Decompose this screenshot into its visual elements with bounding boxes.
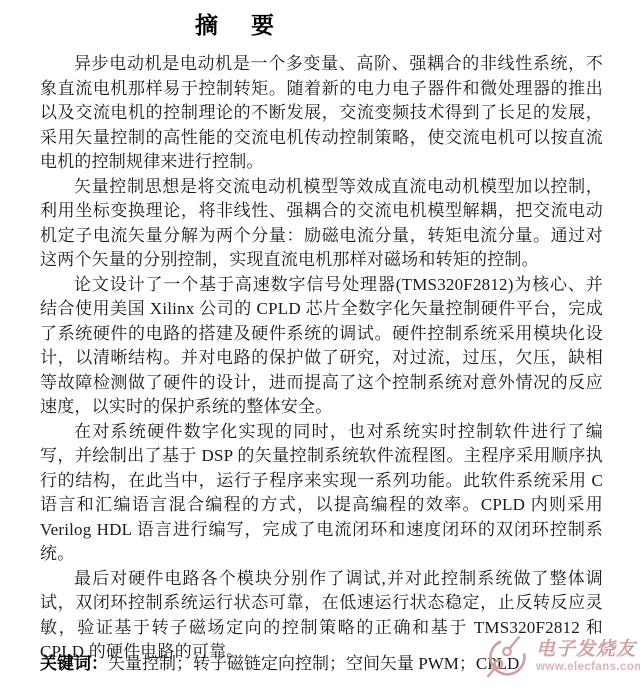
abstract-paragraph-1: 异步电动机是电动机是一个多变量、高阶、强耦合的非线性系统，不象直流电机那样易于控… bbox=[40, 52, 603, 175]
watermark: 电子发烧友 www.elecfans.com bbox=[484, 633, 640, 681]
abstract-body: 异步电动机是电动机是一个多变量、高阶、强耦合的非线性系统，不象直流电机那样易于控… bbox=[40, 52, 603, 665]
abstract-paragraph-3: 论文设计了一个基于高速数字信号处理器(TMS320F2812)为核心、并结合使用… bbox=[40, 273, 603, 420]
watermark-site-name: 电子发烧友 bbox=[536, 640, 640, 659]
page-title: 摘 要 bbox=[195, 7, 279, 40]
abstract-page: 摘 要 异步电动机是电动机是一个多变量、高阶、强耦合的非线性系统，不象直流电机那… bbox=[0, 0, 640, 691]
watermark-site-url: www.elecfans.com bbox=[536, 662, 640, 674]
watermark-text: 电子发烧友 www.elecfans.com bbox=[536, 640, 640, 674]
abstract-paragraph-2: 矢量控制思想是将交流电动机模型等效成直流电动机模型加以控制，利用坐标变换理论，将… bbox=[40, 175, 603, 273]
keywords-label: 关键词： bbox=[40, 654, 108, 673]
abstract-paragraph-4: 在对系统硬件数字化实现的同时，也对系统实时控制软件进行了编写，并绘制出了基于 D… bbox=[40, 420, 603, 567]
elecfans-logo-icon bbox=[484, 633, 530, 681]
keywords-line: 关键词：矢量控制；转子磁链定向控制；空间矢量 PWM；CPLD bbox=[40, 649, 519, 674]
keywords-text: 矢量控制；转子磁链定向控制；空间矢量 PWM；CPLD bbox=[108, 654, 519, 673]
